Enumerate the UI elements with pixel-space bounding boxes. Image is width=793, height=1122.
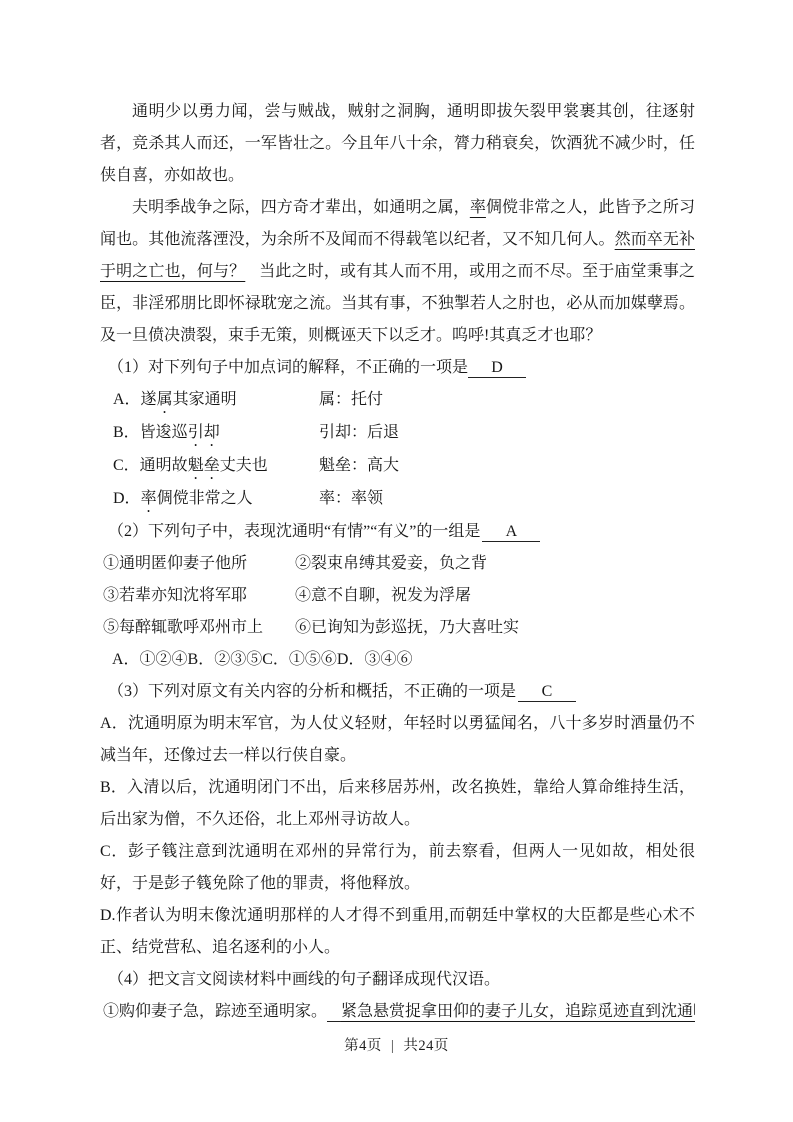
question-1-answer-blank: D (468, 352, 526, 384)
question-1-option-b-phrase: B．皆逡巡引却 (113, 417, 319, 450)
question-2-answer-blank: A (482, 516, 540, 548)
question-1-stem: （1）对下列句子中加点词的解释，不正确的一项是D (100, 352, 695, 384)
question-1-option-c: C．通明故魁垒丈夫也 魁垒：高大 (100, 450, 695, 483)
item-5: ⑤每醉辄歌呼邓州市上 (103, 612, 295, 644)
question-2-items-row-1: ①通明匿仰妻子他所 ②裂束帛缚其爱妾，负之背 (100, 548, 695, 580)
question-1-option-d-phrase: D．率倜傥非常之人 (113, 483, 319, 516)
passage-paragraph-1: 通明少以勇力闻，尝与贼战，贼射之洞胸，通明即拔矢裂甲裳裹其创，往逐射者，竞杀其人… (100, 96, 695, 192)
question-3-option-d: D.作者认为明末像沈通明那样的人才得不到重用,而朝廷中掌权的大臣都是些心术不正、… (100, 900, 695, 964)
question-4-translation-answer: 紧急悬赏捉拿田仰的妻子儿女，追踪觅迹直到沈通明 (327, 996, 695, 1028)
page-footer: 第4页|共24页 (0, 1036, 793, 1056)
question-3-stem: （3）下列对原文有关内容的分析和概括，不正确的一项是C (100, 676, 695, 708)
question-1-option-a-phrase: A．遂属其家通明 (113, 384, 319, 417)
footer-separator: | (391, 1038, 394, 1054)
question-3-stem-text: （3）下列对原文有关内容的分析和概括，不正确的一项是 (108, 683, 516, 700)
dotted-word: 属 (157, 391, 173, 408)
question-1-option-c-gloss: 魁垒：高大 (319, 450, 695, 483)
question-2-items-row-3: ⑤每醉辄歌呼邓州市上 ⑥已询知为彭巡抚，乃大喜吐实 (100, 612, 695, 644)
item-4: ④意不自聊，祝发为浮屠 (295, 580, 695, 612)
question-1-option-b: B．皆逡巡引却 引却：后退 (100, 417, 695, 450)
question-3-answer-blank: C (518, 676, 576, 708)
footer-page-total: 共24页 (403, 1038, 449, 1054)
dotted-word: 率 (141, 490, 157, 507)
question-3-option-a: A．沈通明原为明末军官，为人仗义轻财，年轻时以勇猛闻名，八十多岁时酒量仍不减当年… (100, 708, 695, 772)
passage-paragraph-1-text: 通明少以勇力闻，尝与贼战，贼射之洞胸，通明即拔矢裂甲裳裹其创，往逐射者，竞杀其人… (100, 103, 695, 184)
question-3-option-b: B．入清以后，沈通明闭门不出，后来移居苏州，改名换姓，靠给人算命维持生活，后出家… (100, 772, 695, 836)
passage-paragraph-2: 夫明季战争之际，四方奇才辈出，如通明之属，率倜傥非常之人，此皆予之所习闻也。其他… (100, 192, 695, 352)
question-2-items-row-2: ③若辈亦知沈将军耶 ④意不自聊，祝发为浮屠 (100, 580, 695, 612)
question-3-option-c: C．彭子篯注意到沈通明在邓州的异常行为，前去察看，但两人一见如故，相处很好，于是… (100, 836, 695, 900)
item-1: ①通明匿仰妻子他所 (103, 548, 295, 580)
footer-page-number: 第4页 (344, 1038, 382, 1054)
question-1-option-c-phrase: C．通明故魁垒丈夫也 (113, 450, 319, 483)
question-1-option-a: A．遂属其家通明 属：托付 (100, 384, 695, 417)
passage-emphasized-word: 率 (470, 199, 486, 216)
passage-para2-pre: 夫明季战争之际，四方奇才辈出，如通明之属， (132, 199, 470, 216)
question-2-choices: A．①②④B．②③⑤C．①⑤⑥D．③④⑥ (100, 644, 695, 676)
question-1-option-b-gloss: 引却：后退 (319, 417, 695, 450)
question-2-stem: （2）下列句子中，表现沈通明“有情”“有义”的一组是A (100, 516, 695, 548)
item-6: ⑥已询知为彭巡抚，乃大喜吐实 (295, 612, 695, 644)
question-4-source-sentence: ①购仰妻子急，踪迹至通明家。 (103, 996, 327, 1028)
item-2: ②裂束帛缚其爱妾，负之背 (295, 548, 695, 580)
item-3: ③若辈亦知沈将军耶 (103, 580, 295, 612)
question-1-option-d-gloss: 率：率领 (319, 483, 695, 516)
question-2-stem-text: （2）下列句子中，表现沈通明“有情”“有义”的一组是 (108, 523, 480, 540)
exam-page-content: 通明少以勇力闻，尝与贼战，贼射之洞胸，通明即拔矢裂甲裳裹其创，往逐射者，竞杀其人… (100, 96, 695, 1028)
question-1-stem-text: （1）对下列句子中加点词的解释，不正确的一项是 (108, 359, 468, 376)
dotted-word: 魁垒 (188, 457, 220, 474)
question-1-option-d: D．率倜傥非常之人 率：率领 (100, 483, 695, 516)
dotted-word: 引却 (188, 424, 220, 441)
question-1-option-a-gloss: 属：托付 (319, 384, 695, 417)
question-4-item-1: ①购仰妻子急，踪迹至通明家。 紧急悬赏捉拿田仰的妻子儿女，追踪觅迹直到沈通明 (100, 996, 695, 1028)
question-4-stem: （4）把文言文阅读材料中画线的句子翻译成现代汉语。 (100, 964, 695, 996)
